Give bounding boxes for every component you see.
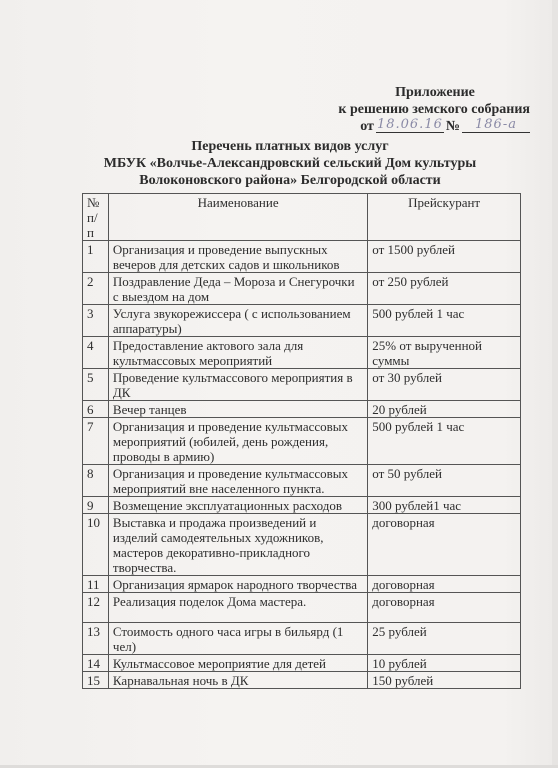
appendix-date-number: от 18.06.16 № 186-а <box>300 118 530 135</box>
row-number: 7 <box>83 418 109 465</box>
table-row: 2Поздравление Деда – Мороза и Снегурочки… <box>83 273 521 305</box>
handwritten-number: 186-а <box>475 117 517 132</box>
row-number: 8 <box>83 465 109 497</box>
table-row: 4Предоставление актового зала для культм… <box>83 337 521 369</box>
row-number: 15 <box>83 672 109 689</box>
title-line-3: Волоконовского района» Белгородской обла… <box>60 172 520 189</box>
service-name: Услуга звукорежиссера ( с использованием… <box>108 305 367 337</box>
row-number: 9 <box>83 497 109 514</box>
service-price: 20 рублей <box>368 401 521 418</box>
from-label: от <box>360 118 374 135</box>
table-row: 8Организация и проведение культмассовых … <box>83 465 521 497</box>
service-name: Вечер танцев <box>108 401 367 418</box>
appendix-title: Приложение <box>300 84 530 101</box>
number-field: 186-а <box>462 118 530 133</box>
service-price: 25% от вырученной суммы <box>368 337 521 369</box>
service-name: Организация и проведение выпускных вечер… <box>108 241 367 273</box>
table-row: 15Карнавальная ночь в ДК150 рублей <box>83 672 521 689</box>
service-price: 500 рублей 1 час <box>368 418 521 465</box>
scanned-page: Приложение к решению земского собрания о… <box>0 0 558 768</box>
price-list-table: № п/п Наименование Прейскурант 1Организа… <box>82 193 521 689</box>
table-row: 14Культмассовое мероприятие для детей10 … <box>83 655 521 672</box>
service-price: от 250 рублей <box>368 273 521 305</box>
service-price: 10 рублей <box>368 655 521 672</box>
table-row: 12Реализация поделок Дома мастера.догово… <box>83 593 521 623</box>
table-row: 7Организация и проведение культмассовых … <box>83 418 521 465</box>
table-row: 3Услуга звукорежиссера ( с использование… <box>83 305 521 337</box>
service-price: от 1500 рублей <box>368 241 521 273</box>
table-header-row: № п/п Наименование Прейскурант <box>83 194 521 241</box>
table-row: 6Вечер танцев20 рублей <box>83 401 521 418</box>
service-price: договорная <box>368 576 521 593</box>
table-row: 11Организация ярмарок народного творчест… <box>83 576 521 593</box>
service-name: Стоимость одного часа игры в бильярд (1 … <box>108 623 367 655</box>
service-price: 300 рублей1 час <box>368 497 521 514</box>
header-price: Прейскурант <box>368 194 521 241</box>
service-name: Организация ярмарок народного творчества <box>108 576 367 593</box>
row-number: 13 <box>83 623 109 655</box>
row-number: 12 <box>83 593 109 623</box>
date-field: 18.06.16 <box>376 118 444 133</box>
table-row: 10Выставка и продажа произведений и изде… <box>83 514 521 576</box>
title-line-1: Перечень платных видов услуг <box>60 138 520 155</box>
service-name: Проведение культмассового мероприятия в … <box>108 369 367 401</box>
table-row: 13Стоимость одного часа игры в бильярд (… <box>83 623 521 655</box>
service-name: Предоставление актового зала для культма… <box>108 337 367 369</box>
table-row: 5Проведение культмассового мероприятия в… <box>83 369 521 401</box>
row-number: 5 <box>83 369 109 401</box>
service-price: договорная <box>368 514 521 576</box>
appendix-header: Приложение к решению земского собрания о… <box>300 84 530 135</box>
service-price: договорная <box>368 593 521 623</box>
row-number: 1 <box>83 241 109 273</box>
service-price: 500 рублей 1 час <box>368 305 521 337</box>
number-label: № <box>446 118 460 135</box>
service-name: Карнавальная ночь в ДК <box>108 672 367 689</box>
page-edge-shadow <box>552 0 558 768</box>
service-price: 25 рублей <box>368 623 521 655</box>
appendix-reference: к решению земского собрания <box>300 101 530 118</box>
service-name: Культмассовое мероприятие для детей <box>108 655 367 672</box>
header-name: Наименование <box>108 194 367 241</box>
service-price: от 30 рублей <box>368 369 521 401</box>
service-name: Возмещение эксплуатационных расходов <box>108 497 367 514</box>
row-number: 10 <box>83 514 109 576</box>
service-name: Поздравление Деда – Мороза и Снегурочки … <box>108 273 367 305</box>
header-number: № п/п <box>83 194 109 241</box>
service-name: Организация и проведение культмассовых м… <box>108 418 367 465</box>
row-number: 6 <box>83 401 109 418</box>
row-number: 14 <box>83 655 109 672</box>
service-name: Реализация поделок Дома мастера. <box>108 593 367 623</box>
document-title: Перечень платных видов услуг МБУК «Волчь… <box>60 138 520 189</box>
row-number: 11 <box>83 576 109 593</box>
service-price: от 50 рублей <box>368 465 521 497</box>
row-number: 4 <box>83 337 109 369</box>
service-name: Выставка и продажа произведений и издели… <box>108 514 367 576</box>
table-row: 1Организация и проведение выпускных вече… <box>83 241 521 273</box>
handwritten-date: 18.06.16 <box>377 117 443 132</box>
service-name: Организация и проведение культмассовых м… <box>108 465 367 497</box>
row-number: 2 <box>83 273 109 305</box>
title-line-2: МБУК «Волчье-Александровский сельский До… <box>60 155 520 172</box>
row-number: 3 <box>83 305 109 337</box>
service-price: 150 рублей <box>368 672 521 689</box>
table-row: 9Возмещение эксплуатационных расходов300… <box>83 497 521 514</box>
